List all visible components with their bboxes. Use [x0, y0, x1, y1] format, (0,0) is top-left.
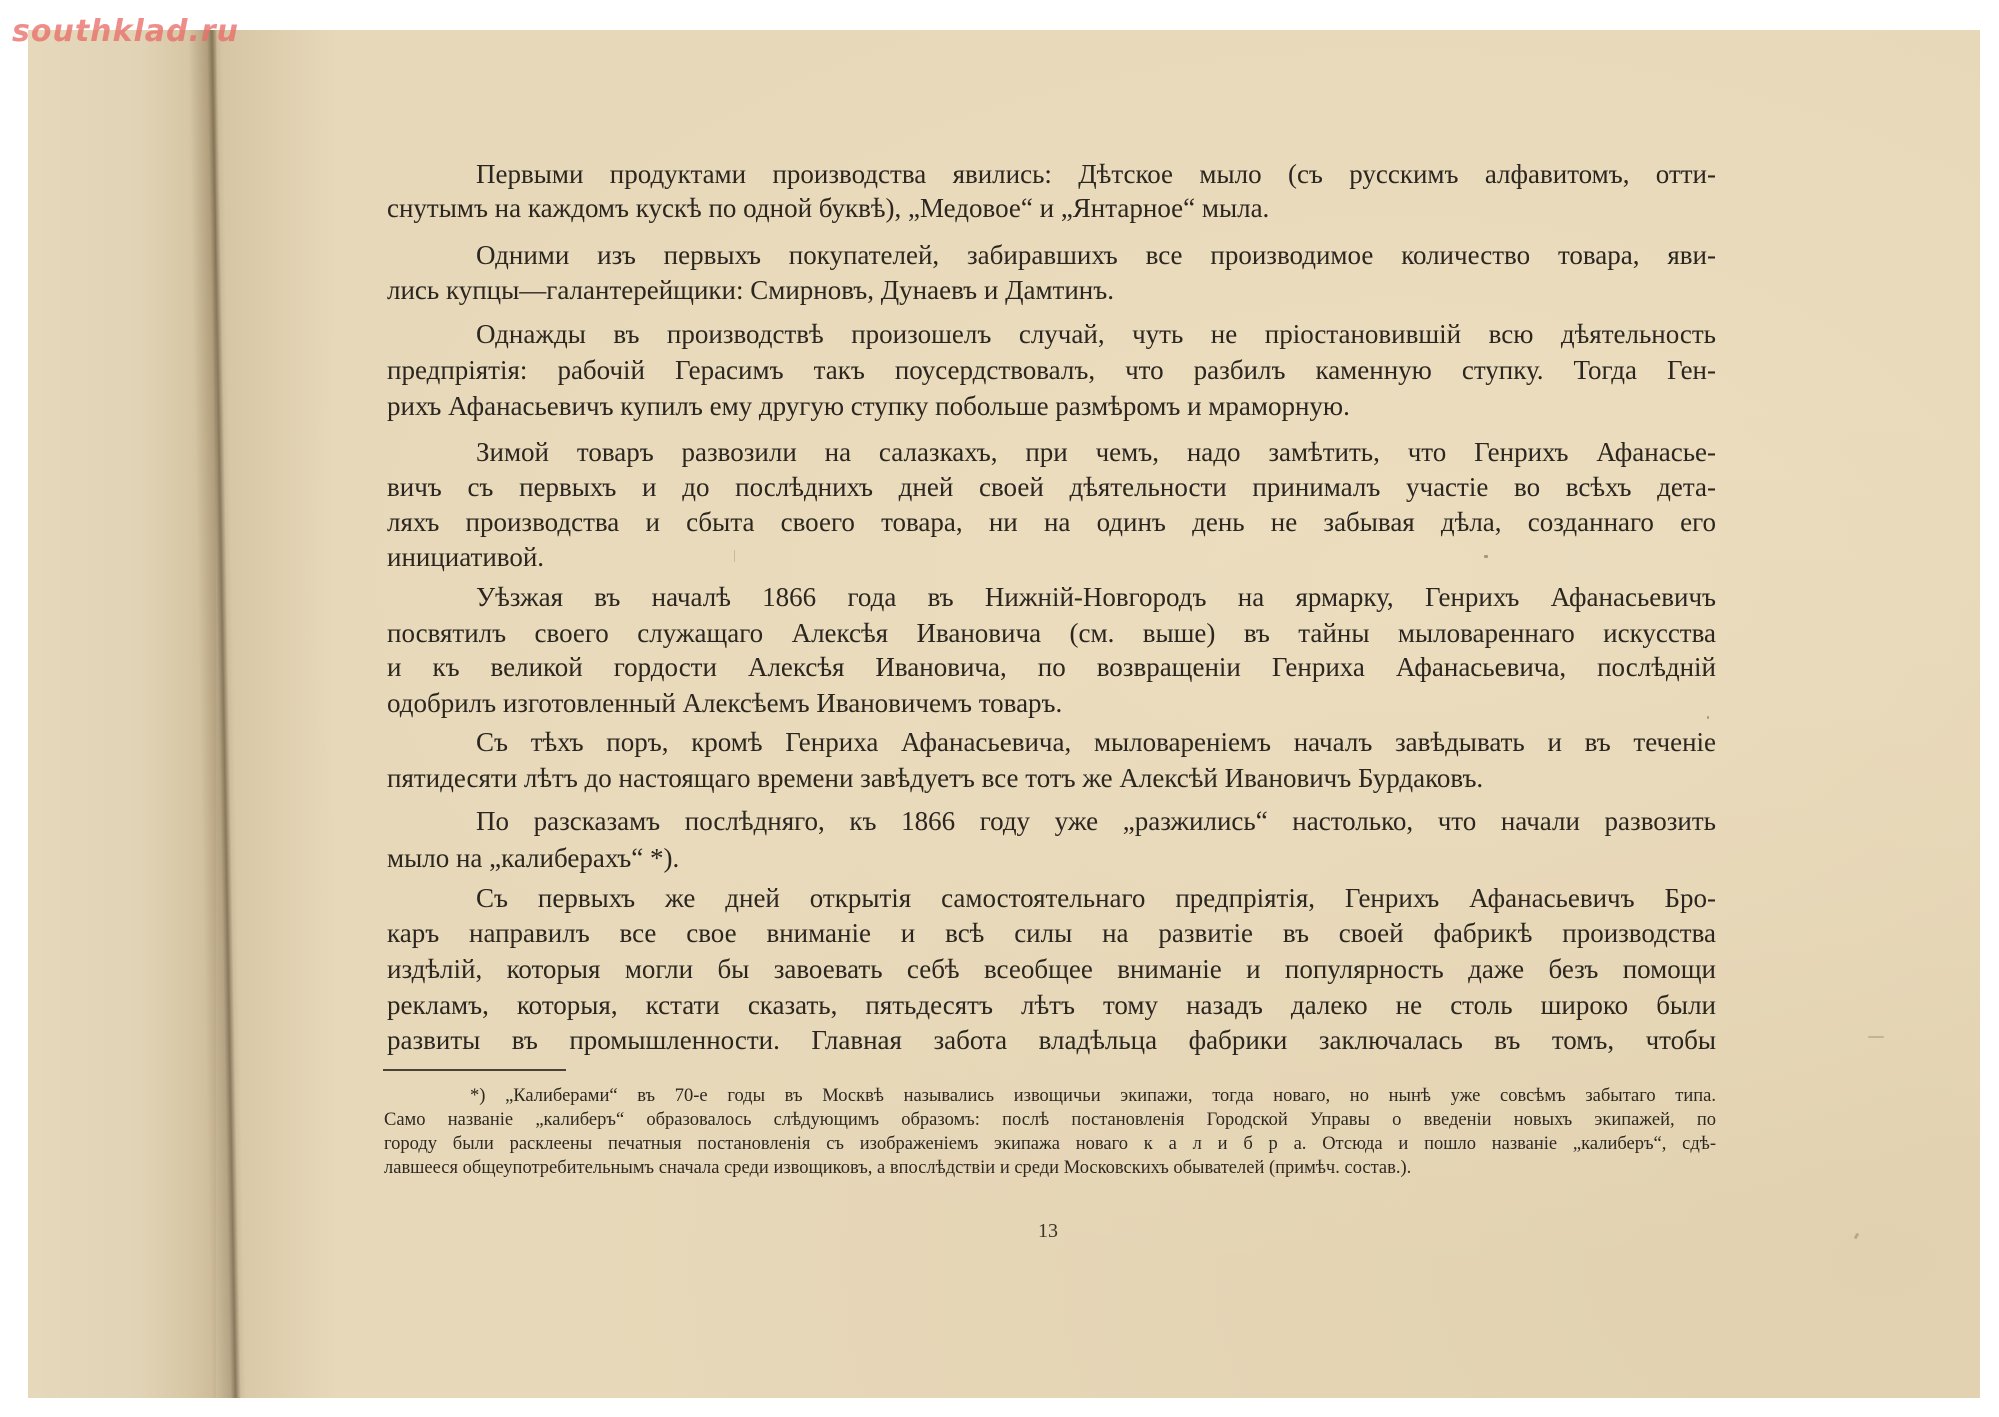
paragraph-8-line-5: развиты въ промышленности. Главная забот… [387, 1024, 1716, 1056]
scan-speck [1868, 1036, 1884, 1038]
paragraph-4-line-4: инициативой. [387, 541, 544, 573]
paragraph-8-line-1: Съ первыхъ же дней открытія самостоятель… [476, 882, 1716, 914]
paragraph-1-line-1: Первыми продуктами производства явились:… [476, 158, 1716, 190]
paragraph-4-line-1: Зимой товаръ развозили на салазкахъ, при… [476, 436, 1716, 468]
footnote-line-3: городу были расклеены печатныя постановл… [384, 1133, 1716, 1156]
paragraph-4-line-2: вичъ съ первыхъ и до послѣднихъ дней сво… [387, 471, 1716, 503]
paragraph-4-line-3: ляхъ производства и сбыта своего товара,… [387, 506, 1716, 538]
paragraph-5-line-2: посвятилъ своего служащаго Алексѣя Ивано… [387, 617, 1716, 649]
paragraph-6-line-1: Съ тѣхъ поръ, кромѣ Генриха Афанасьевича… [476, 726, 1716, 758]
paragraph-3-line-1: Однажды въ производствѣ произошелъ случа… [476, 318, 1716, 350]
scan-speck [1484, 555, 1488, 558]
paragraph-1-line-2: снутымъ на каждомъ кускѣ по одной буквѣ)… [387, 192, 1269, 224]
paragraph-8-line-4: рекламъ, которыя, кстати сказать, пятьде… [387, 989, 1716, 1021]
scan-speck [734, 550, 735, 562]
paragraph-8-line-2: каръ направилъ все свое вниманіе и всѣ с… [387, 917, 1716, 949]
paragraph-3-line-3: рихъ Афанасьевичъ купилъ ему другую ступ… [387, 390, 1350, 422]
footnote-separator [383, 1069, 566, 1071]
paragraph-2-line-1: Одними изъ первыхъ покупателей, забиравш… [476, 239, 1716, 271]
paragraph-5-line-1: Уѣзжая въ началѣ 1866 года въ Нижній-Нов… [476, 581, 1716, 613]
paragraph-5-line-4: одобрилъ изготовленный Алексѣемъ Иванови… [387, 687, 1062, 719]
paragraph-7-line-2: мыло на „калиберахъ“ *). [387, 842, 679, 874]
left-page-edge [28, 30, 216, 1398]
footnote-line-4: лавшееся общеупотребительнымъ сначала ср… [384, 1157, 1411, 1180]
paragraph-7-line-1: По разсказамъ послѣдняго, къ 1866 году у… [476, 805, 1716, 837]
footnote-line-2: Само названіе „калиберъ“ образовалось сл… [384, 1109, 1716, 1132]
paragraph-6-line-2: пятидесяти лѣтъ до настоящаго времени за… [387, 762, 1483, 794]
paragraph-3-line-2: предпріятія: рабочій Герасимъ такъ поусе… [387, 354, 1716, 386]
paragraph-8-line-3: издѣлій, которыя могли бы завоевать себѣ… [387, 953, 1716, 985]
footnote-line-1: *) „Калиберами“ въ 70-е годы въ Москвѣ н… [470, 1085, 1716, 1108]
scan-speck [1707, 716, 1709, 719]
watermark: southklad.ru [12, 14, 239, 49]
paragraph-2-line-2: лись купцы—галантерейщики: Смирновъ, Дун… [387, 274, 1114, 306]
page-number: 13 [1038, 1220, 1058, 1243]
paragraph-5-line-3: и къ великой гордости Алексѣя Ивановича,… [387, 651, 1716, 683]
